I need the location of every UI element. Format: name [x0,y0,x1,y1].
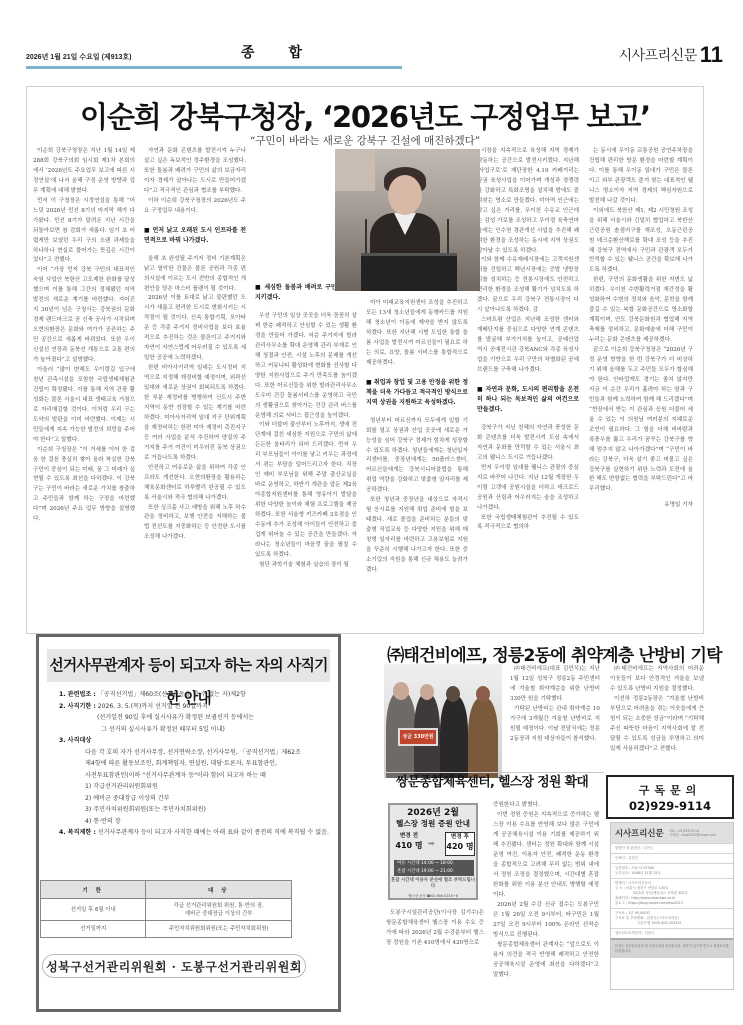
masthead-ethics-note: 본지는 신문윤리강령 및 실천요강을 준수합니다. 잘못이 있으면 반드시 정정… [611,938,733,958]
notice-line: 다음 각 호의 자가 선거사무장, 선거연락소장, 선거사무원, 「공직선거법」… [59,747,329,759]
section-subhead: ■ 먼저 낡고 오래된 도시 인프라를 전면적으로 바꿔 나가겠다. [144,226,246,246]
notice-line: 제4항에 따른 활동보조인, 회계책임자, 연설원, 대담·토론자, 투표참관인… [59,758,329,770]
donation-photo: 성금 330만원 [384,664,502,778]
paragraph: 기탁된 난방비는 관내 취약계층 10가구에 3개월간 겨울철 난방비로 지원될… [510,704,600,744]
notice-line: 사전투표참관인(이하 "선거사무관계자 등"이라 함)이 되고자 하는 때 [59,770,329,782]
paragraph: 또한 싱크홀 사고 예방을 위해 노후 하수관을 정비하고, 보행 안전을 저해… [144,504,246,544]
notice-target: 1) 각급선거관리위원회위원 [59,781,329,793]
paragraph: 아울러 “많이 변해도 우이령길 입구에 천년 관측시설을 포함한 국립생태체험… [33,366,135,446]
subscription-box: 구독문의 02)929-9114 [606,775,734,819]
subscription-phone: 02)929-9114 [608,799,732,813]
notice-item-law: 1. 관련법조 : 「공직선거법」제60조(선거운동을 할 수 없는 자)제2항 [59,689,329,701]
paragraph: 한편 미아사거리역 일대는 도시정비 지역으로 지정해 재정비할 예정이며, 외… [144,364,246,464]
gym-notice-poster: 2026년 2월 헬스장 정원 증원 안내 변경 전 410 명 ➡ 변경 후 … [388,803,478,900]
paragraph: 2026년 2월 수강 신규 접수는 도봉구민은 1월 26일 오전 9시부터,… [493,900,599,940]
masthead-row: 등록번호 : 서울 다 07540등록일자 : 2008년 11월 12일 [611,863,733,878]
paragraph: 이와 함께 수유재래시장에는 고객지원센터를 건립하고 백년시장에는 증발 냉방… [477,256,579,316]
masthead-row: 청소년보호책임자 : 김현국 [611,928,733,938]
masthead-info: 시사프리신문 TEL : 02)929-9114 이메일 : sisa2023@… [610,822,734,990]
paragraph: 한편, 구민의 문화생활을 위한 저변도 넓히겠다. 우이천 수변활력거점 재간… [589,276,693,346]
article2-column-1: ㈜태건비에프(대표 김민식)는 지난 1월 12일 성북구 정릉2동 주민센터에… [510,664,600,744]
paragraph: 먼저 우이령 일대를 웰니스 관광의 중심지로 바꾸어 나간다. 지난 12월 … [477,464,579,514]
newspaper-name: 시사프리신문 [619,45,697,65]
newspaper-logo: 시사프리신문 11 [619,45,723,65]
donation-sign: 성금 330만원 [398,728,438,746]
article-column-1: 이순희 강북구청장은 지난 1월 14일 제288회 강북구의회 임시회 제1차… [33,147,135,525]
arrow-right-icon: ➡ [428,839,435,848]
article3-column-2: 증원한다고 밝혔다. 이번 정원 증원은 지속적으로 증가하는 헬스장 이용 수… [493,800,599,980]
masthead-row: 발행처 : 시사프리신문사주 소 : 서울시 성북구 안암로 145길 22(5… [611,878,733,908]
paragraph: 이어 “가장 먼저 강북 구민의 대표적인 숙원 사업인 북한산 고도제한 완화… [33,266,135,366]
paragraph: 이하 이순희 강북구청장의 2026년도 주요 구정업무 내용이다. [144,197,246,217]
article2-headline: ㈜태건비에프, 정릉2동에 취약계층 난방비 기탁 [382,641,727,666]
table-header: 대 상 [146,881,292,899]
paragraph: 이순희 강북구청장은 지난 1월 14일 제288회 강북구의회 임시회 제1차… [33,147,135,197]
paragraph: 쌍문종합체육센터 관계자는 “앞으로도 이용자 의견을 적극 반영해 쾌적하고 … [493,940,599,980]
article-column-2: 자연과 문화 콘텐츠를 발전시켜 누구나 살고 싶은 독보적인 정주환경을 조성… [144,147,246,543]
paragraph: 이번 정원 증원은 지속적으로 증가하는 헬스장 이용 수요를 반영해 보다 많… [493,810,599,900]
paragraph: 강북구가 지닌 천혜의 자연과 풍성한 문화 콘텐츠를 더욱 발전시켜 도심 속… [477,424,579,464]
section-subhead: ■ 취업과 창업 및 고용 안정을 위한 정책을 더욱 가다듬고 적극적인 방식… [366,378,468,408]
notice-item-restriction: 4. 복직제한 : 선거사무관계자 등이 되고자 사직한 때에는 아래 표와 같… [59,827,329,839]
notice-line: 그 선거의 실시사유가 확정된 때부터 5일 이내) [59,724,329,736]
paragraph: 도봉구시설관리공단(이사장 김기수)은 쌍문종합체육센터 헬스장 이용 수요 증… [386,908,484,948]
paragraph: 끝으로 이순희 강북구청장은 “2026년 구정 운영 방향을 한 번 강북구가… [589,346,693,495]
notice-target: 4) 통·반의 장 [59,816,329,828]
notice-issuer: 성북구선거관리위원회 · 도봉구선거관리위원회 [42,954,306,978]
paragraph: 는 동시에 우이동 교통공원 공연주차장을 건립해 편리한 방문 환경을 마련할… [589,147,693,207]
paragraph: ㈜태건비에프(대표 김민식)는 지난 1월 12일 성북구 정릉2동 주민센터에… [510,664,600,704]
notice-target: 3) 주민자치위원회위원(또는 주민자치회위원) [59,804,329,816]
table-row: 선거일 후 6월 이내 각급 선거관리위원회 위원, 통·반의 장, 예비군 중… [41,899,292,921]
issue-date: 2026년 1월 21일 수요일 (제913호) [26,52,131,62]
reporter-byline: 유명일 기자 [589,501,693,511]
mayor-speech-photo [335,149,480,291]
masthead-name: 시사프리신문 [615,827,664,839]
paragraph: 안전하고 여유로운 삶을 위하여 각종 인프라도 개선한다. 오현의환장을 활용… [144,464,246,504]
paragraph: 또한 청년과 중장년을 대상으로 자격시험 응시료를 지원해 취업 준비에 힘을… [366,496,468,576]
capacity-before: 변경 전 410 명 [394,832,424,856]
article3-column-1: 도봉구시설관리공단(이사장 김기수)은 쌍문종합체육센터 헬스장 이용 수요 증… [386,908,484,948]
notice-target: 2) 예비군 중대장급 이상의 간부 [59,793,329,805]
paragraph: 2026년 이를 토대로 낡고 불편했던 도시가 새롭고 편리한 도시로 변화시… [144,294,246,364]
capacity-after: 변경 후 420 명 [445,832,475,856]
paragraph: 이와 더불어 출산부터 노후까지, 생애 전 단계에 걸친 세심한 지원으로 구… [255,421,357,560]
restriction-table: 기 한 대 상 선거일 후 6월 이내 각급 선거관리위원회 위원, 통·반의 … [40,880,292,938]
notice-title-bar: 선거사무관계자 등이 되고자 하는 자의 사직기한 안내 [47,649,330,682]
article3-headline: 쌍문종합체육센터, 헬스장 정원 확대 [382,771,602,790]
masthead-row: 인쇄인 : 김영건 [611,853,733,863]
page-header: 2026년 1월 21일 수요일 (제913호) 종합 시사프리신문 11 [26,0,726,62]
header-rule [26,66,402,69]
paragraph: 이선하 정릉2동장은 “겨울철 난방비 부담으로 어려움을 겪는 이웃들에게 큰… [610,694,704,754]
article-column-6: 는 동시에 우이동 교통공원 공연주차장을 건립해 편리한 방문 환경을 마련할… [589,147,693,511]
article-column-5: 시장을 지속적으로 육성해 지역 경제가 약동하는 공간으로 발전시키겠다. 지… [477,147,579,533]
notice-item-deadline: 2. 사직기한 : 2026. 3. 5.(목)까지 선거일 전 90일까지 [59,701,329,713]
masthead-row: 발행인 겸 편집인 : 김현국 [611,843,733,853]
paragraph: 청년부터 어르신까지 모두에게 일할 기회를 열고 상권과 산업 곳곳에 새로운… [366,417,468,497]
paragraph: 먼저 이 구청장은 시정연설을 통해 “어느덧 2026년 민선 8기의 마지막… [33,197,135,267]
table-row: 선거일까지 주민자치위원회위원(또는 주민자치회위원) [41,921,292,938]
paragraph: 이외에도 북한산 제1, 제2 시민청원 조성을 위해 서울시와 긴밀히 협업하… [589,207,693,277]
podium [361,253,457,291]
page-number: 11 [700,45,723,65]
paragraph: 첨단 과학기술 체험과 실습의 장이 될 [255,561,357,571]
article2-column-2: ㈜태건비에프는 지역사회의 어려운 이웃들이 보다 안정적인 겨울을 보낼 수 … [610,664,704,754]
paragraph: 시장을 지속적으로 육성해 지역 경제가 약동하는 공간으로 발전시키겠다. 지… [477,147,579,256]
paragraph: 올해 초 완성될 주거지 정비 기본계획은 낡고 열악한 건물은 물론 공원과 … [144,255,246,295]
main-headline: 이순희 강북구청장, ‘2026년도 구정업무 보고’ [27,95,703,136]
paragraph: 자연과 문화 콘텐츠를 발전시켜 누구나 살고 싶은 독보적인 정주환경을 조성… [144,147,246,197]
section-subhead: ■ 자연과 문화, 도시의 편리함을 온전히 하나 되는 독보적인 삶의 여건으… [477,385,579,415]
paragraph: 우선 구민의 일상 곳곳을 더욱 꼼꼼히 살펴 한층 쾌적하고 안심할 수 있는… [255,312,357,421]
table-header: 기 한 [41,881,146,899]
notice-body: 1. 관련법조 : 「공직선거법」제60조(선거운동을 할 수 없는 자)제2항… [59,689,329,839]
main-article: 이순희 강북구청장, ‘2026년도 구정업무 보고’ “구민이 바라는 새로운… [26,86,704,634]
main-subheadline: “구민이 바라는 새로운 강북구 건설에 매진하겠다” [27,133,703,148]
notice-item-targets: 3. 사직대상 [59,735,329,747]
paragraph: 또한 국립생태체험관이 추진될 수 있도록 적극적으로 협의하 [477,514,579,534]
paragraph: 미아 미래교육지원센터 조성을 추진하고 모든 13세 청소년들에게 동행카드를… [366,299,468,369]
paragraph: ㈜태건비에프는 지역사회의 어려운 이웃들이 보다 안정적인 겨울을 보낼 수 … [610,664,704,694]
paragraph: 이순희 구청장은 “이 거세를 이어 한 걸음 한 걸음 충실히 쌓아 올라 착… [33,446,135,526]
article-column-3: ■ 세심한 돌봄과 배려로 구민의 삶을 지키겠다. 우선 구민의 일상 곳곳을… [255,283,357,571]
background-screen [335,149,375,191]
gym-hours: 여유 시간대 14:00 ~ 18:00 혼잡 시간대 19:00 ~ 21:0… [394,860,474,876]
notice-line: (선거일전 90일 후에 실시사유가 확정된 보궐선거 등에서는 [59,712,329,724]
section-title: 종합 [241,42,336,62]
article-column-4: 미아 미래교육지원센터 조성을 추진하고 모든 13세 청소년들에게 동행카드를… [366,299,468,576]
masthead-row: 구독료 : 1년 90,000원구독료 및 후원계좌 : 김현국(시사프리신문)… [611,908,733,928]
paragraph: 증원한다고 밝혔다. [493,800,599,810]
paragraph: 스마트팜 산업은 지난해 조성한 센터와 재배단지를 중심으로 다양한 연계 콘… [477,316,579,376]
